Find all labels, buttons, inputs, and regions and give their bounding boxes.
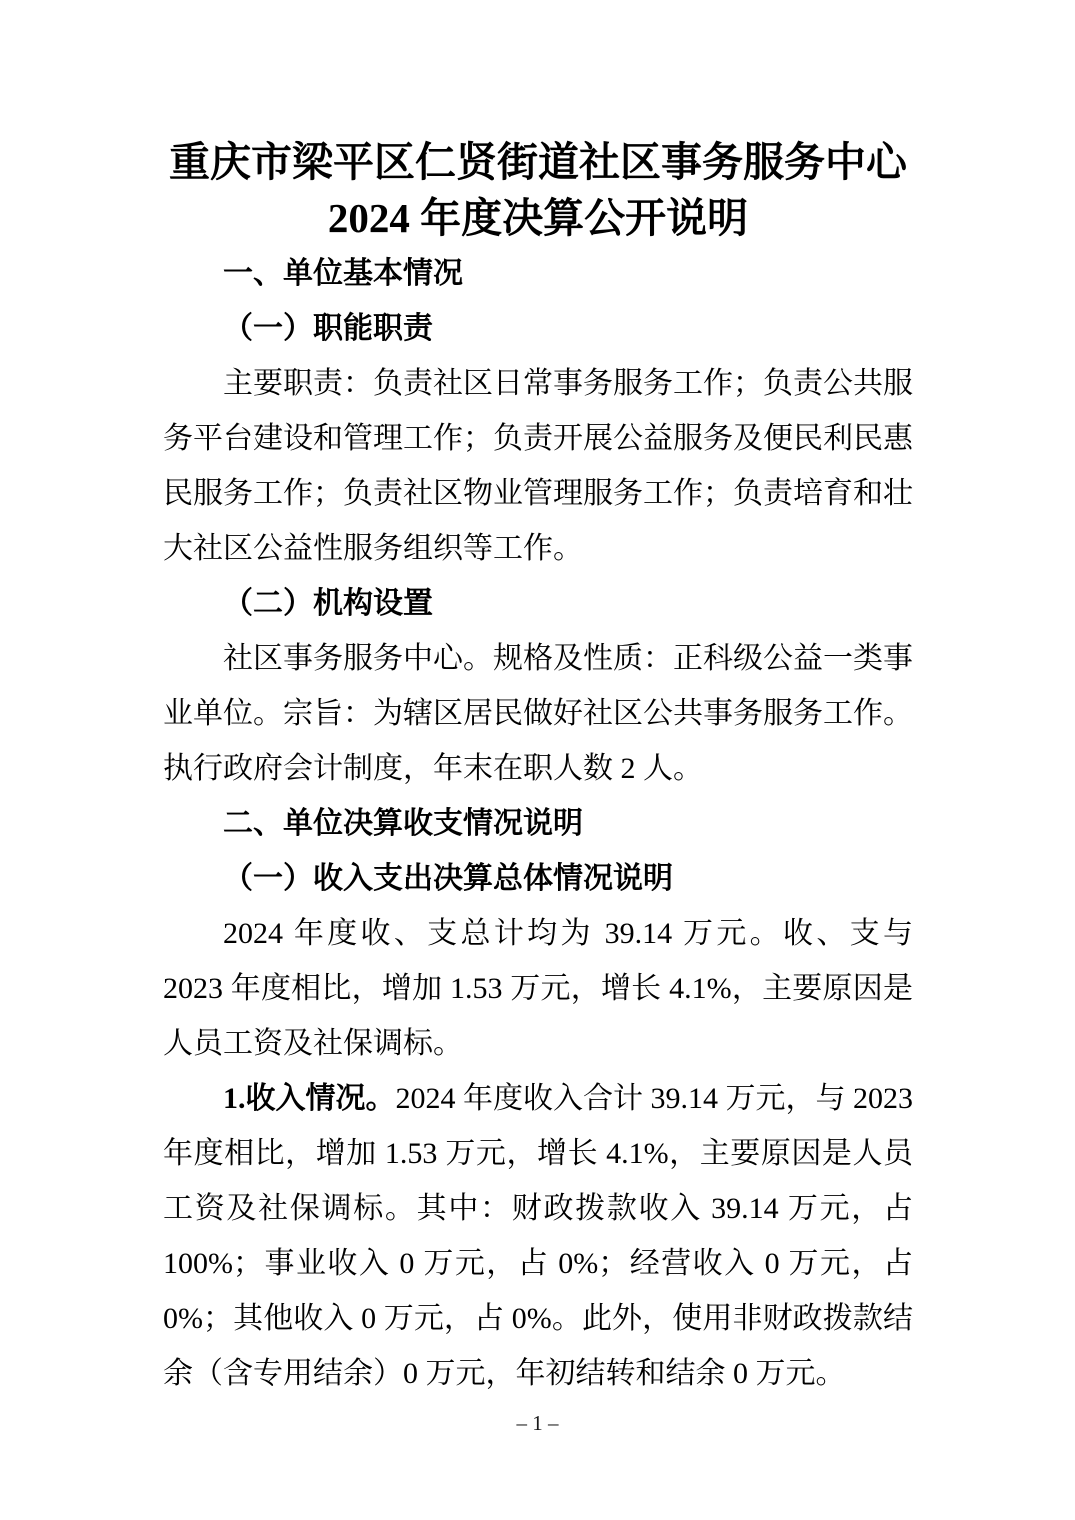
para-income-lead: 1.收入情况。 bbox=[223, 1082, 396, 1115]
heading-section-2: 二、单位决算收支情况说明 bbox=[163, 796, 913, 851]
subheading-1-2: （二）机构设置 bbox=[163, 576, 913, 631]
document-page: 重庆市梁平区仁贤街道社区事务服务中心 2024 年度决算公开说明 一、单位基本情… bbox=[0, 0, 1075, 1520]
para-income-body: 2024 年度收入合计 39.14 万元，与 2023 年度相比，增加 1.53… bbox=[163, 1082, 913, 1390]
para-budget-overview: 2024 年度收、支总计均为 39.14 万元。收、支与 2023 年度相比，增… bbox=[163, 906, 913, 1071]
subheading-1-1: （一）职能职责 bbox=[163, 301, 913, 356]
doc-title-line1: 重庆市梁平区仁贤街道社区事务服务中心 bbox=[163, 134, 913, 190]
doc-title-line2: 2024 年度决算公开说明 bbox=[163, 190, 913, 246]
para-income-detail: 1.收入情况。2024 年度收入合计 39.14 万元，与 2023 年度相比，… bbox=[163, 1071, 913, 1401]
document-content: 重庆市梁平区仁贤街道社区事务服务中心 2024 年度决算公开说明 一、单位基本情… bbox=[163, 134, 913, 1401]
para-organization: 社区事务服务中心。规格及性质：正科级公益一类事业单位。宗旨：为辖区居民做好社区公… bbox=[163, 631, 913, 796]
para-duties: 主要职责：负责社区日常事务服务工作；负责公共服务平台建设和管理工作；负责开展公益… bbox=[163, 356, 913, 576]
doc-title: 重庆市梁平区仁贤街道社区事务服务中心 2024 年度决算公开说明 bbox=[163, 134, 913, 246]
heading-section-1: 一、单位基本情况 bbox=[163, 246, 913, 301]
page-number: – 1 – bbox=[0, 1408, 1075, 1438]
subheading-2-1: （一）收入支出决算总体情况说明 bbox=[163, 851, 913, 906]
